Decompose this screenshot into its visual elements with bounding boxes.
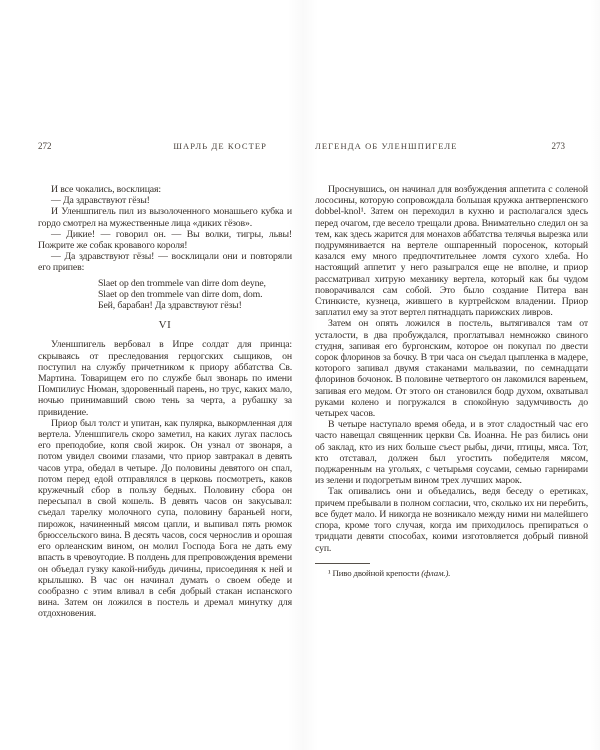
gutter-shadow [288, 0, 318, 750]
verse-block: Slaet op den trommele van dirre dom deyn… [98, 278, 292, 312]
paragraph: Затем он опять ложился в постель, вытяги… [315, 318, 588, 419]
paragraph: Так опивались они и объедались, ведя бес… [315, 486, 588, 553]
paragraph: — Да здравствуют гёзы! [38, 195, 292, 206]
footnote-rule [315, 563, 370, 564]
left-page: 272 ШАРЛЬ ДЕ КОСТЕР И все чокались, воск… [38, 141, 292, 726]
paragraph: Уленшпигель вербовал в Ипре солдат для п… [38, 339, 292, 417]
book-spread-photo: 272 ШАРЛЬ ДЕ КОСТЕР И все чокались, воск… [0, 0, 600, 750]
right-running-head: ЛЕГЕНДА ОБ УЛЕНШПИГЕЛЕ [315, 141, 458, 151]
right-page-text: Проснувшись, он начинал для возбуждения … [315, 184, 588, 578]
paragraph: Проснувшись, он начинал для возбуждения … [315, 184, 588, 318]
page-edge-shadow [590, 0, 600, 750]
section-heading: VI [38, 320, 292, 331]
right-running-header: ЛЕГЕНДА ОБ УЛЕНШПИГЕЛЕ 273 [315, 141, 588, 153]
paragraph-group-chapter: Уленшпигель вербовал в Ипре солдат для п… [38, 339, 292, 619]
footnote: ¹ Пиво двойной крепости (флам.). [315, 568, 588, 579]
left-page-number: 272 [38, 141, 52, 151]
verse-line: Бей, барабан! Да здравствуют гёзы! [98, 300, 292, 311]
paragraph: Приор был толст и упитан, как пулярка, в… [38, 418, 292, 620]
paragraph: И все чокались, восклицая: [38, 184, 292, 195]
paragraph: И Уленшпигель пил из вызолоченного монаш… [38, 206, 292, 228]
footnote-language-label: (флам.). [421, 568, 450, 578]
footnote-block: ¹ Пиво двойной крепости (флам.). [315, 563, 588, 579]
verse-line: Slaet op den trommele van dirre dom deyn… [98, 278, 292, 289]
paragraph: — Да здравствуют гёзы! — восклицали они … [38, 251, 292, 273]
left-page-text: И все чокались, восклицая:— Да здравству… [38, 184, 292, 620]
right-page-number: 273 [552, 141, 566, 151]
paragraph-group-right: Проснувшись, он начинал для возбуждения … [315, 184, 588, 554]
paragraph: — Дикие! — говорил он. — Вы волки, тигры… [38, 229, 292, 251]
left-running-head: ШАРЛЬ ДЕ КОСТЕР [173, 141, 267, 151]
paragraph-group-dialogue: И все чокались, восклицая:— Да здравству… [38, 184, 292, 274]
paragraph: В четыре наступало время обеда, и в этот… [315, 419, 588, 486]
right-page: ЛЕГЕНДА ОБ УЛЕНШПИГЕЛЕ 273 Проснувшись, … [315, 141, 588, 726]
footnote-text: ¹ Пиво двойной крепости [328, 568, 421, 578]
verse-line: Slaet op den trommele van dirre dom, dom… [98, 289, 292, 300]
left-running-header: 272 ШАРЛЬ ДЕ КОСТЕР [38, 141, 292, 153]
